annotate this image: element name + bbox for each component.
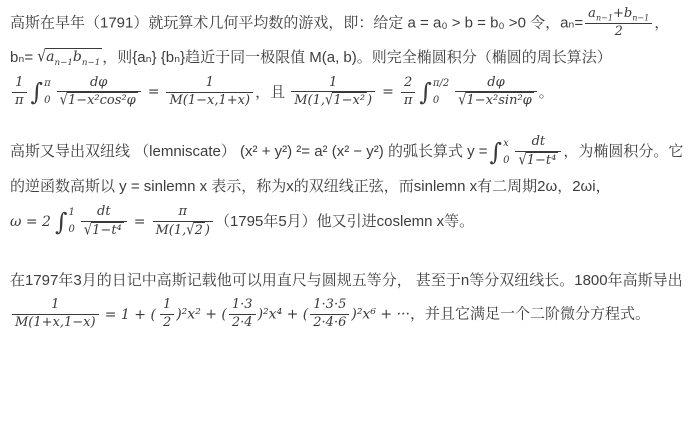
paragraph-series: 在1797年3月的日记中高斯记载他可以用直尺与圆规五等分， 甚至于n等分双纽线长… [10, 264, 684, 333]
lower-limit: 0 [433, 96, 449, 106]
upper-limit: x [503, 139, 509, 149]
radicand: 1−x² [332, 92, 367, 110]
fraction-numerator: 1 [166, 75, 253, 92]
square-root: √1−x² [325, 92, 367, 110]
fraction-numerator: π [153, 204, 213, 221]
fraction-denominator: √1−t⁴ [515, 151, 561, 170]
math-var: b [73, 49, 82, 65]
fraction-numerator: an−1+bn−1 [585, 6, 652, 23]
math-text: = 1 + ( [105, 307, 156, 323]
fraction: dt√1−t⁴ [81, 204, 127, 240]
upper-limit: 1 [68, 208, 74, 218]
math-agm-reciprocal: 1M(1+x,1−x) [10, 297, 101, 332]
radical-icon: √ [518, 152, 526, 172]
square-root: √1−t⁴ [518, 152, 558, 170]
fraction: 1M(1+x,1−x) [12, 297, 99, 332]
square-root: √2 [186, 222, 205, 240]
math-text: ) [205, 223, 210, 238]
fraction: dφ√1−x²cos²φ [57, 75, 141, 111]
math-elliptic-integral-2: 1M(1,√1−x²)=2π∫π/20dφ√1−x²sin²φ [289, 75, 539, 111]
fraction-denominator: 2 [160, 314, 174, 332]
integral-limits: x0 [503, 139, 509, 166]
text-run: ，并且它满足一个二阶微分方程式。 [410, 306, 650, 323]
paragraph-lemniscate: 高斯又导出双纽线 （lemniscate） (x² + y²) ²= a² (x… [10, 134, 684, 239]
fraction-denominator: π [12, 92, 27, 110]
fraction-denominator: 2·4·6 [310, 314, 349, 332]
radicand: 1−t⁴ [91, 222, 124, 240]
text-run: ，且 [255, 83, 289, 100]
radical-icon: √ [37, 48, 46, 68]
math-text: M(1, [156, 223, 187, 238]
fraction-denominator: √1−x²cos²φ [57, 91, 141, 110]
document: 高斯在早年（1791）就玩算术几何平均数的游戏，即：给定 a = a₀ > b … [10, 6, 684, 332]
upper-limit: π/2 [433, 79, 449, 89]
fraction-denominator: M(1+x,1−x) [12, 314, 99, 332]
math-agm-fraction: an−1+bn−12 [583, 6, 654, 41]
radicand: 2 [194, 222, 205, 240]
equals-sign: = [382, 84, 394, 100]
math-var: a [588, 6, 596, 21]
integral-limits: π0 [44, 79, 51, 106]
fraction: 1π [12, 75, 27, 110]
fraction-denominator: M(1−x,1+x) [166, 92, 253, 110]
integral-icon: ∫ [31, 80, 44, 104]
fraction-denominator: √1−x²sin²φ [455, 91, 537, 110]
fraction-numerator: dt [515, 134, 561, 151]
radicand: 1−x²cos²φ [67, 92, 138, 110]
math-omega-period: ω = 2∫10dt√1−t⁴=πM(1,√2) [10, 204, 215, 240]
math-subscript: n−1 [632, 14, 649, 23]
fraction: 2π [401, 75, 416, 110]
fraction: 1M(1−x,1+x) [166, 75, 253, 110]
math-text: M(1, [294, 93, 325, 108]
radical-icon: √ [60, 92, 68, 112]
math-text: )²x⁴ + ( [258, 307, 309, 323]
math-text: ) [367, 93, 372, 108]
text-run: 高斯在早年（1791）就玩算术几何平均数的游戏，即：给定 a = a₀ > b … [10, 14, 583, 31]
square-root: √1−x²cos²φ [60, 92, 138, 110]
lower-limit: 0 [68, 225, 74, 235]
text-run: 高斯又导出双纽线 （lemniscate） (x² + y²) ²= a² (x… [10, 143, 488, 160]
integral-limits: 10 [68, 208, 74, 235]
fraction-numerator: dφ [455, 75, 537, 92]
fraction-numerator: 1 [291, 75, 375, 92]
fraction-numerator: dt [81, 204, 127, 221]
fraction-numerator: 1 [160, 297, 174, 314]
lower-limit: 0 [503, 156, 509, 166]
fraction: dφ√1−x²sin²φ [455, 75, 537, 111]
integral-limits: π/20 [433, 79, 449, 106]
fraction-denominator: M(1,√1−x²) [291, 91, 375, 110]
math-text: )²x² + ( [176, 307, 227, 323]
square-root: √1−x²sin²φ [458, 92, 534, 110]
math-power-series: = 1 + (12)²x² + (1·32·4)²x⁴ + (1·3·52·4·… [105, 297, 410, 332]
fraction-numerator: 1·3 [229, 297, 256, 314]
fraction-denominator: 2 [585, 23, 652, 41]
integral-icon: ∫ [419, 80, 432, 104]
fraction: πM(1,√2) [153, 204, 213, 240]
fraction-numerator: 1 [12, 297, 99, 314]
math-text: ω = 2 [10, 214, 51, 230]
fraction-denominator: M(1,√2) [153, 221, 213, 240]
square-root: √an−1bn−1 [37, 48, 102, 67]
text-run: 。 [539, 83, 554, 100]
fraction-denominator: π [401, 92, 416, 110]
radicand: 1−t⁴ [526, 152, 559, 170]
document-page: { "colors": {"text": "#3d3d3d", "backgro… [0, 0, 694, 447]
fraction-denominator: √1−t⁴ [81, 221, 127, 240]
math-var: +b [613, 6, 632, 21]
math-subscript: n−1 [55, 58, 73, 68]
text-run: ，则{aₙ} {bₙ}趋近于同一极限值 M(a, b)。则完全椭圆积分（椭圆的周… [102, 49, 612, 66]
equals-sign: = [134, 214, 146, 230]
radical-icon: √ [325, 92, 333, 112]
radical-icon: √ [186, 221, 194, 241]
square-root: √1−t⁴ [84, 222, 124, 240]
integral-icon: ∫ [55, 210, 68, 234]
math-text: )²x⁶ + ··· [351, 307, 410, 323]
text-run: （1795年5月）他又引进coslemn x等。 [215, 213, 474, 230]
fraction-denominator: 2·4 [229, 314, 256, 332]
math-sqrt-agm: √an−1bn−1 [37, 48, 102, 67]
text-run: 在1797年3月的日记中高斯记载他可以用直尺与圆规五等分， 甚至于n等分双纽线长… [10, 272, 687, 289]
math-subscript: n−1 [596, 14, 613, 23]
fraction: 1M(1,√1−x²) [291, 75, 375, 111]
equals-sign: = [148, 84, 160, 100]
radicand: an−1bn−1 [45, 48, 102, 67]
paragraph-agm: 高斯在早年（1791）就玩算术几何平均数的游戏，即：给定 a = a₀ > b … [10, 6, 684, 110]
math-elliptic-integral-1: 1π∫π0dφ√1−x²cos²φ=1M(1−x,1+x) [10, 75, 255, 111]
radical-icon: √ [84, 221, 92, 241]
integral-icon: ∫ [490, 140, 503, 164]
fraction: dt√1−t⁴ [515, 134, 561, 170]
math-subscript: n−1 [82, 58, 100, 68]
math-arc-length-integral: ∫x0dt√1−t⁴ [488, 134, 564, 170]
fraction-numerator: dφ [57, 75, 141, 92]
fraction: an−1+bn−12 [585, 6, 652, 41]
lower-limit: 0 [44, 96, 51, 106]
radicand: 1−x²sin²φ [466, 92, 534, 110]
fraction-numerator: 1 [12, 75, 27, 92]
fraction-numerator: 2 [401, 75, 416, 92]
math-var: a [46, 49, 54, 65]
upper-limit: π [44, 79, 51, 89]
fraction: 1·32·4 [229, 297, 256, 332]
fraction: 1·3·52·4·6 [310, 297, 349, 332]
radical-icon: √ [458, 92, 466, 112]
fraction: 12 [160, 297, 174, 332]
fraction-numerator: 1·3·5 [310, 297, 349, 314]
